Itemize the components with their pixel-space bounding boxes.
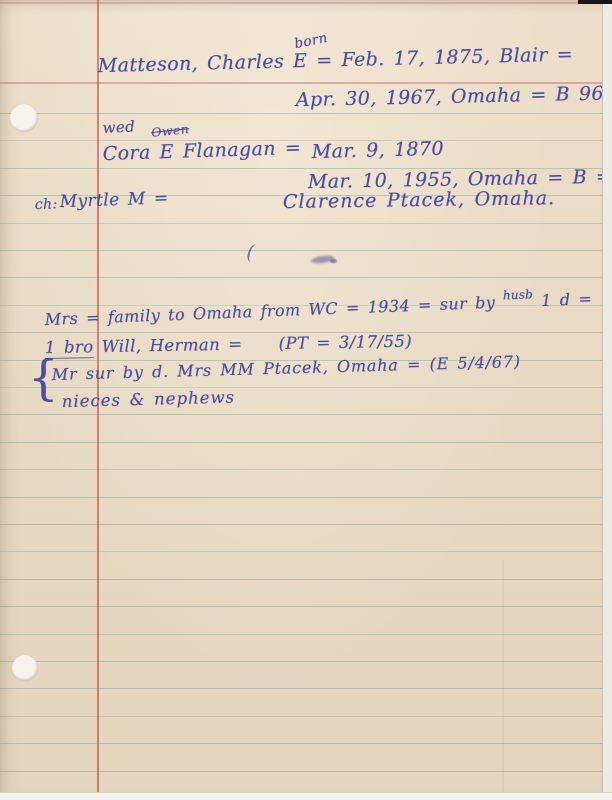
teal-rule-line <box>0 387 612 388</box>
teal-rule-line <box>0 551 612 552</box>
wed-label: wed <box>102 117 135 137</box>
stray-ink-hook <box>246 243 262 264</box>
scan-edge-right <box>602 0 612 800</box>
teal-rule-line <box>0 606 612 607</box>
note-line-4: nieces & nephews <box>62 387 236 411</box>
teal-rule-line <box>0 688 612 689</box>
note-line-2-source-ref: (PT = 3/17/55) <box>278 332 412 353</box>
header-name-line: Matteson, Charles E = Feb. 17, 1875, Bla… <box>97 43 573 77</box>
teal-rule-line <box>0 140 612 141</box>
note-line-1-superscript: husb <box>503 287 534 302</box>
note-line-1: Mrs = family to Omaha from WC = 1934 = s… <box>44 289 592 329</box>
children-label: ch: <box>34 196 57 213</box>
scan-corner-artifact <box>578 0 612 4</box>
teal-rule-line <box>0 250 612 251</box>
teal-rule-line <box>0 277 612 278</box>
scan-edge-bottom <box>0 792 612 800</box>
header-death-line: Apr. 30, 1967, Omaha = B 96-2 <box>296 82 612 111</box>
scanned-notebook-page: Matteson, Charles E = Feb. 17, 1875, Bla… <box>0 0 612 800</box>
teal-rule-line <box>0 442 612 443</box>
child-name: Myrtle M = <box>59 188 169 212</box>
spouse-scribble-insertion: Owen <box>150 121 189 140</box>
note-line-3: Mr sur by d. Mrs MM Ptacek, Omaha = (E 5… <box>51 352 521 384</box>
note-line-2: 1 bro Will, Herman = (PT = 3/17/55) <box>45 332 413 357</box>
spouse-name-line: Cora E Flanagan = <box>102 137 301 165</box>
teal-rule-line <box>0 223 612 224</box>
teal-rule-line <box>0 469 612 470</box>
teal-rule-line <box>0 113 612 114</box>
stray-ink-dot <box>330 259 337 263</box>
note-line-2-rest: Will, Herman = <box>101 335 242 356</box>
teal-rule-line <box>0 716 612 717</box>
red-rule-line <box>0 2 612 4</box>
teal-rule-line <box>0 579 612 580</box>
teal-rule-line <box>0 524 612 525</box>
spouse-birth-line: Mar. 9, 1870 <box>311 138 444 163</box>
paper-crease <box>502 560 504 792</box>
teal-rule-line <box>0 634 612 635</box>
punch-hole-bottom <box>12 655 38 681</box>
teal-rule-line <box>0 771 612 772</box>
child-spouse: Clarence Ptacek, Omaha. <box>283 187 555 213</box>
teal-rule-line <box>0 661 612 662</box>
teal-rule-line <box>0 743 612 744</box>
teal-rule-line <box>0 414 612 415</box>
teal-rule-line <box>0 497 612 498</box>
note-line-1-tail: 1 d = <box>541 289 593 310</box>
note-line-1-main: Mrs = family to Omaha from WC = 1934 = s… <box>44 293 495 329</box>
punch-hole-top <box>10 104 38 132</box>
